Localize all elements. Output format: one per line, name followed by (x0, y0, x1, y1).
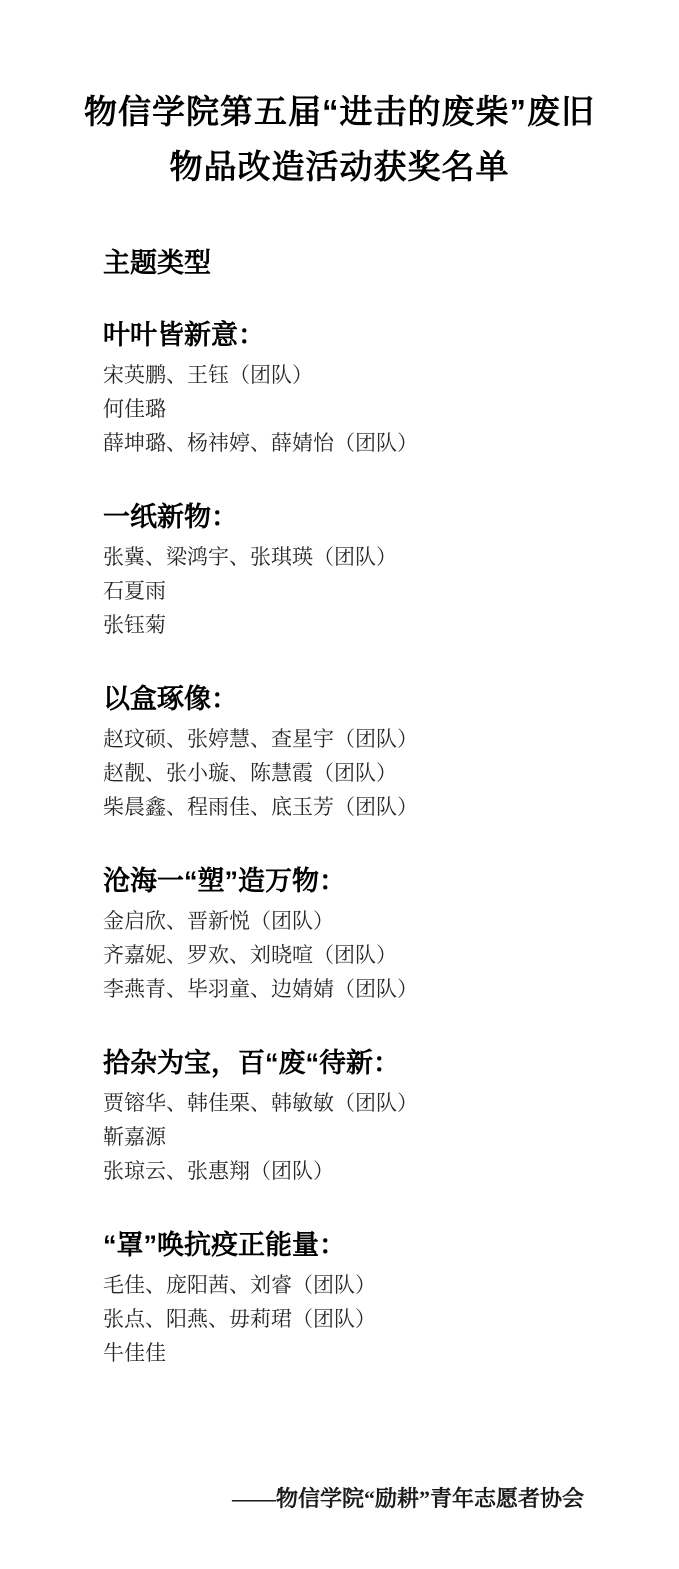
winner-entry: 齐嘉妮、罗欢、刘晓喧（团队） (103, 938, 629, 972)
winner-entry: 张钰菊 (103, 608, 629, 642)
title-line-2: 物品改造活动获奖名单 (0, 139, 679, 194)
section-label: 主题类型 (103, 248, 629, 278)
winner-entry: 赵玟硕、张婷慧、查星宇（团队） (103, 722, 629, 756)
award-group-5: 拾杂为宝，百“废“待新： 贾镕华、韩佳栗、韩敏敏（团队） 靳嘉源 张琼云、张惠翔… (103, 1046, 629, 1188)
title-line-1: 物信学院第五届“进击的废柴”废旧 (0, 84, 679, 139)
award-group-1: 叶叶皆新意： 宋英鹏、王钰（团队） 何佳璐 薛坤璐、杨祎婷、薛婧怡（团队） (103, 318, 629, 460)
page-title: 物信学院第五届“进击的废柴”废旧 物品改造活动获奖名单 (0, 0, 679, 194)
winner-entry: 张琼云、张惠翔（团队） (103, 1154, 629, 1188)
award-group-2: 一纸新物： 张冀、梁鸿宇、张琪瑛（团队） 石夏雨 张钰菊 (103, 500, 629, 642)
winner-entry: 赵靓、张小璇、陈慧霞（团队） (103, 756, 629, 790)
winner-entry: 牛佳佳 (103, 1336, 629, 1370)
group-heading: 叶叶皆新意： (103, 318, 629, 352)
winner-entry: 石夏雨 (103, 574, 629, 608)
group-heading: 拾杂为宝，百“废“待新： (103, 1046, 629, 1080)
group-heading: 以盒琢像： (103, 682, 629, 716)
winner-entry: 靳嘉源 (103, 1120, 629, 1154)
document-body: 主题类型 叶叶皆新意： 宋英鹏、王钰（团队） 何佳璐 薛坤璐、杨祎婷、薛婧怡（团… (103, 248, 629, 1370)
award-group-6: “罩”唤抗疫正能量： 毛佳、庞阳茜、刘睿（团队） 张点、阳燕、毋莉珺（团队） 牛… (103, 1228, 629, 1370)
group-heading: “罩”唤抗疫正能量： (103, 1228, 629, 1262)
winner-entry: 薛坤璐、杨祎婷、薛婧怡（团队） (103, 426, 629, 460)
winner-entry: 金启欣、晋新悦（团队） (103, 904, 629, 938)
group-heading: 一纸新物： (103, 500, 629, 534)
award-group-4: 沧海一“塑”造万物： 金启欣、晋新悦（团队） 齐嘉妮、罗欢、刘晓喧（团队） 李燕… (103, 864, 629, 1006)
winner-entry: 柴晨鑫、程雨佳、底玉芳（团队） (103, 790, 629, 824)
winner-entry: 何佳璐 (103, 392, 629, 426)
winner-entry: 毛佳、庞阳茜、刘睿（团队） (103, 1268, 629, 1302)
winner-entry: 李燕青、毕羽童、边婧婧（团队） (103, 972, 629, 1006)
winner-entry: 张点、阳燕、毋莉珺（团队） (103, 1302, 629, 1336)
award-group-3: 以盒琢像： 赵玟硕、张婷慧、查星宇（团队） 赵靓、张小璇、陈慧霞（团队） 柴晨鑫… (103, 682, 629, 824)
signature-line: ——物信学院“励耕”青年志愿者协会 (0, 1482, 679, 1513)
winner-entry: 张冀、梁鸿宇、张琪瑛（团队） (103, 540, 629, 574)
group-heading: 沧海一“塑”造万物： (103, 864, 629, 898)
document-page: 物信学院第五届“进击的废柴”废旧 物品改造活动获奖名单 主题类型 叶叶皆新意： … (0, 0, 679, 1569)
winner-entry: 宋英鹏、王钰（团队） (103, 358, 629, 392)
winner-entry: 贾镕华、韩佳栗、韩敏敏（团队） (103, 1086, 629, 1120)
